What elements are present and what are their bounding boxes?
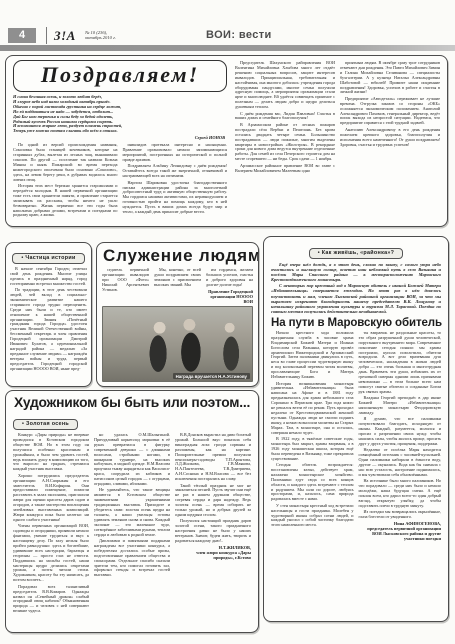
paragraph: В.В.Донсков вырастил на диво богатый уро… (175, 433, 251, 482)
paragraph: Предприятие «Автодеталь» переживает не л… (340, 97, 440, 126)
paragraph: Такой тёплый праздник не мог не закончит… (175, 484, 251, 518)
paragraph: По одной из версий происхождения названи… (13, 143, 118, 182)
paragraph: Из поездки мы возвращались окрылённые, г… (359, 510, 442, 520)
paragraph: Председатель Шахунского райправления ВОИ… (235, 61, 335, 110)
paragraph: У стен монастыря крестный ход встретили … (271, 504, 354, 529)
page-number: 4 (8, 28, 36, 43)
article-golden-autumn: Художником бы быть или поэтом... • Золот… (5, 390, 259, 633)
congrats-column-4: приятным людям. В октябре сразу трое сот… (340, 61, 440, 222)
paragraph: Ещё вчера шёл дождь, а в этот день, слов… (271, 262, 441, 282)
header-divider (46, 27, 47, 44)
pilgrimage-signature: Нина АФИНОГЕНОВА, председатель первичной… (359, 521, 442, 541)
paragraph: инвалидов протекала интересно и насыщенн… (123, 143, 228, 163)
service-signature: Правление Городецкой организации НОООО В… (206, 289, 253, 304)
service-column-3: им гордимся, желаем больших успехов, сча… (206, 268, 253, 304)
poem-line: Теперь уже можно поэтам слагать обо всём… (13, 129, 227, 134)
article-history: • Частица истории В начале сентября Горо… (5, 242, 92, 387)
paragraph: На источнике было много паломников. Но ч… (359, 479, 442, 508)
congrats-left-half: Поздравляем! И снова безликая осень, и з… (13, 60, 227, 222)
newspaper-logo: З!А (54, 28, 76, 44)
paragraph: Дипломами и памятными подарками награжде… (94, 539, 170, 578)
paragraph: им гордимся, желаем больших успехов, сча… (206, 268, 253, 288)
paragraph: но удалась О.М.Шалыгиной. Причудливый ко… (94, 433, 170, 487)
paragraph: приятным людям. В октябре сразу трое сот… (340, 61, 440, 95)
paragraph: Недалеко от посёлка Мары находится освящ… (359, 448, 442, 477)
paragraph: История возникновения монастыря удивител… (271, 382, 354, 436)
pilgrimage-headline: На пути в Маровскую обитель (271, 317, 441, 329)
paragraph: Поздравляем Альбину Леонидовну с днём ро… (123, 164, 228, 179)
service-column-3-text: им гордимся, желаем больших успехов, сча… (206, 268, 253, 288)
paragraph: В начале сентября Городец отмечал свой д… (10, 267, 87, 287)
paragraph: С днём рождения вас, Лидия Павловна! Сча… (235, 112, 335, 122)
paragraph: Получился настоящий праздник даров золот… (175, 519, 251, 544)
signature-role: член жюри конкурса «Дары природы», г.Кст… (175, 550, 251, 560)
pilgrimage-column-1: Начало крестного хода положила праздничн… (271, 331, 354, 542)
section-title: ВОИ: вести (206, 29, 272, 41)
poem-author: Сергей ИОНОВ (13, 135, 225, 140)
award-ceremony-photo: Награда вручается Н.А.Устинову (102, 306, 253, 382)
paragraph: Хорошо потрудились председатель организа… (13, 474, 89, 523)
paragraph: Порадовал всех талантливый председатель … (13, 585, 89, 614)
pilgrimage-intro: Ещё вчера шёл дождь, а в этот день, слов… (271, 262, 441, 314)
paragraph: Конкурс «Дары природы» не впервые провод… (13, 433, 89, 472)
article-pilgrimage: • Как живёшь, «районка»? Ещё вчера шёл д… (263, 236, 449, 622)
poem: И снова безликая осень, и золото любит б… (13, 95, 227, 134)
pilgrimage-column-2: ты взираешь не раздольные красоты, то эт… (359, 331, 442, 542)
paragraph: Анатолию Александровичу в его день рожде… (340, 128, 440, 148)
service-column-1: седатель первичной организации инвалидов… (102, 268, 149, 304)
paragraph: Не удивляйтесь, что такие вещицы являютс… (94, 488, 170, 537)
article-service: Служение людям седатель первичной органи… (96, 242, 259, 387)
autumn-column-3-text: В.В.Донсков вырастил на диво богатый уро… (175, 433, 251, 544)
service-column-2: Мы, конечно, от всей души поздравляем св… (154, 268, 201, 304)
paragraph: История этих мест бережно хранится старо… (13, 184, 118, 218)
paragraph: Начало крестного хода положила праздничн… (271, 331, 354, 380)
rubric-history: • Частица истории (12, 253, 84, 264)
paragraph: По традиции, в этот день чествовали люде… (10, 288, 87, 371)
paragraph: В 1922 году, в тяжёлые советские годы, м… (271, 437, 354, 462)
rubric-golden-autumn: • Золотая осень (13, 419, 78, 430)
autumn-column-3: В.В.Донсков вырастил на диво богатый уро… (175, 433, 251, 616)
paragraph: Члены первичных организаций ВОИ, садовод… (13, 524, 89, 583)
autumn-signature: Н.Т.ЖИЛИКОВ, член жюри конкурса «Дары пр… (175, 545, 251, 560)
congrats-column-1: По одной из версий происхождения названи… (13, 143, 118, 220)
header-rule-bar (0, 45, 455, 51)
photo-caption: Награда вручается Н.А.Устинову (173, 373, 250, 379)
congrats-right-half: Председатель Шахунского райправления ВОИ… (235, 60, 440, 222)
service-headline: Служение людям (103, 246, 253, 266)
paragraph: Владыка Георгий преподнёс в дар иконе Бо… (359, 396, 442, 416)
signature-role: председатель первичной организации ВОИ Л… (359, 526, 442, 541)
paragraph: Я думаю, что все паломники почувствовали… (359, 417, 442, 446)
paragraph: ты взираешь не раздольные красоты, то эт… (359, 331, 442, 395)
congrats-column-3: Председатель Шахунского райправления ВОИ… (235, 61, 335, 222)
congrats-column-2: инвалидов протекала интересно и насыщенн… (123, 143, 228, 220)
article-congratulations: Поздравляем! И снова безликая осень, и з… (5, 55, 448, 227)
paragraph: Мы, конечно, от всей души поздравляем св… (154, 268, 201, 288)
paragraph: Сегодня обитель возрождается: восстановл… (271, 463, 354, 502)
paragraph: В Арзамасском районе от лесных пожаров п… (235, 123, 335, 162)
autumn-column-2: но удалась О.М.Шалыгиной. Причудливый ко… (94, 433, 170, 616)
autumn-column-1: Конкурс «Дары природы» не впервые провод… (13, 433, 89, 616)
paragraph: С некоторых пор крестный ход в Маровскую… (271, 283, 441, 314)
rubric-pilgrimage: • Как живёшь, «районка»? (309, 248, 404, 259)
pilgrimage-column-2-text: ты взираешь не раздольные красоты, то эт… (359, 331, 442, 520)
congrats-headline: Поздравляем! (13, 60, 227, 92)
paragraph: Арзамасское районное правление ВОИ во гл… (235, 164, 335, 174)
issue-date: октябрь 2010 г. (85, 35, 116, 40)
autumn-headline: Художником бы быть или поэтом... (14, 395, 251, 410)
paragraph: седатель первичной организации инвалидов… (102, 268, 149, 293)
history-column: В начале сентября Городец отмечал свой д… (10, 267, 87, 372)
newspaper-page: 4 З!А № 10 (236), октябрь 2010 г. ВОИ: в… (0, 0, 455, 644)
paragraph: Наргиза Шариковна удостоена благодарстве… (123, 181, 228, 215)
issue-info: № 10 (236), октябрь 2010 г. (85, 30, 116, 41)
